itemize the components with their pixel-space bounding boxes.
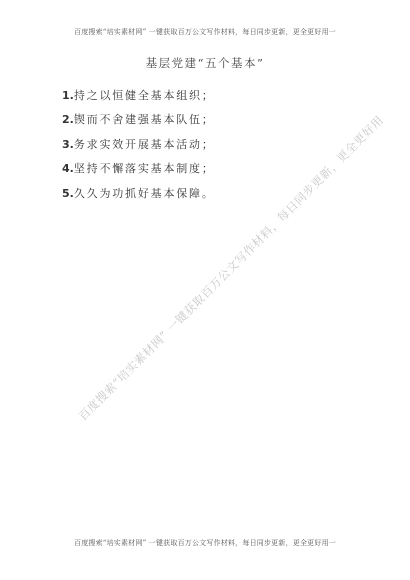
item-text: 锲而不舍建强基本队伍； <box>74 113 215 126</box>
page-header-banner: 百度搜索“培实素材网” 一键获取百万公文写作材料，每日同步更新，更全更好用一 <box>0 27 410 37</box>
item-text: 久久为功抓好基本保障。 <box>74 187 215 200</box>
list-item: 1.持之以恒健全基本组织； <box>62 87 215 111</box>
item-list: 1.持之以恒健全基本组织； 2.锲而不舍建强基本队伍； 3.务求实效开展基本活动… <box>62 87 215 209</box>
list-item: 4.坚持不懈落实基本制度； <box>62 160 215 184</box>
item-number: 3. <box>62 138 74 151</box>
page-footer-banner: 百度搜索“培实素材网” 一键获取百万公文写作材料，每日同步更新，更全更好用一 <box>0 538 410 548</box>
item-number: 2. <box>62 113 74 126</box>
item-text: 务求实效开展基本活动； <box>74 138 215 151</box>
item-text: 持之以恒健全基本组织； <box>74 89 215 102</box>
list-item: 2.锲而不舍建强基本队伍； <box>62 111 215 135</box>
item-number: 1. <box>62 89 74 102</box>
document-title: 基层党建“五个基本” <box>0 55 410 71</box>
list-item: 5.久久为功抓好基本保障。 <box>62 185 215 209</box>
list-item: 3.务求实效开展基本活动； <box>62 136 215 160</box>
item-number: 5. <box>62 187 74 200</box>
item-number: 4. <box>62 162 74 175</box>
item-text: 坚持不懈落实基本制度； <box>74 162 215 175</box>
